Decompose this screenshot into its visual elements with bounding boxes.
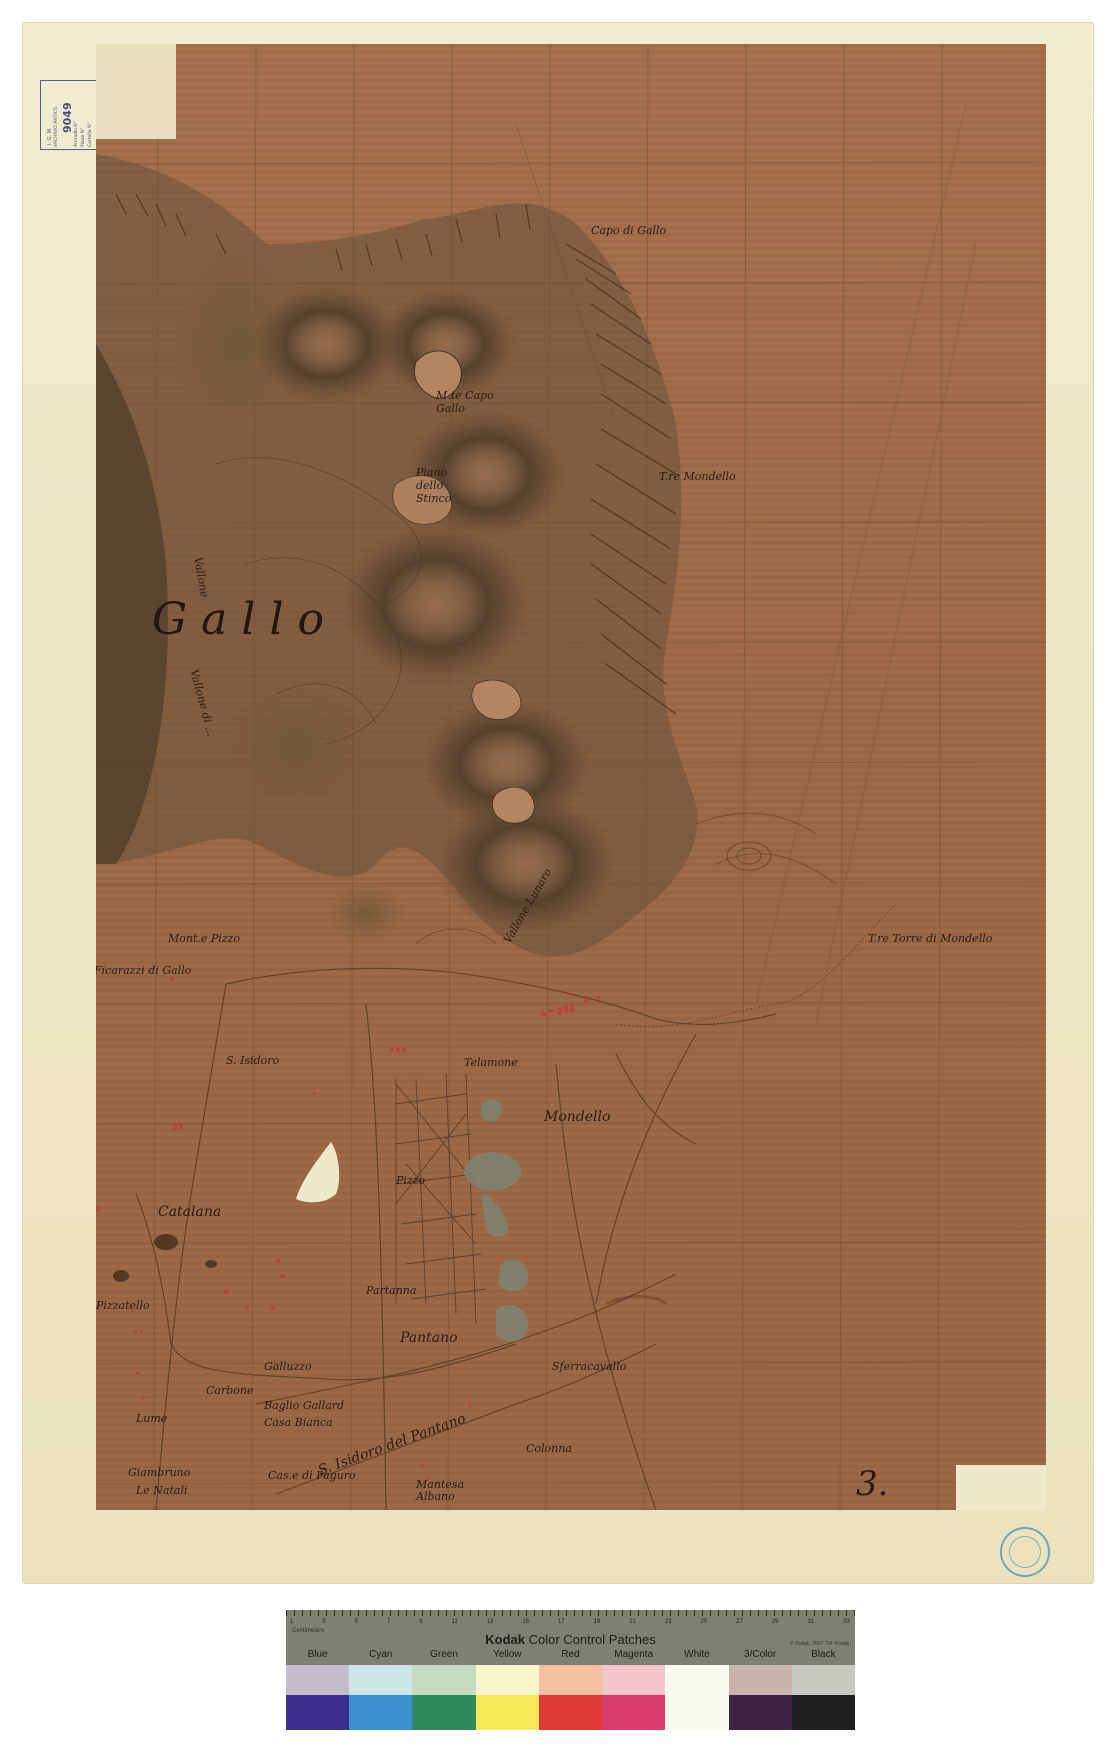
- color-patches: [286, 1665, 855, 1730]
- patch-label: White: [665, 1649, 728, 1660]
- patch-label: Red: [539, 1649, 602, 1660]
- patch-tint: [665, 1665, 728, 1695]
- patch-solid: [539, 1695, 602, 1730]
- patch-tint: [476, 1665, 539, 1695]
- ruler-tick: 15: [522, 1619, 529, 1625]
- patch-solid: [602, 1695, 665, 1730]
- ruler-tick: 31: [807, 1619, 814, 1625]
- patch-solid: [792, 1695, 855, 1730]
- label-pizzatello: Pizzatello: [96, 1299, 150, 1312]
- label-tore-mondello: T.re Mondello: [659, 470, 736, 483]
- patch-blue: [286, 1665, 349, 1730]
- patch-tint: [792, 1665, 855, 1695]
- patch-label: 3/Color: [729, 1649, 792, 1660]
- sheet-number: 3.: [856, 1464, 888, 1504]
- patch-label: Black: [792, 1649, 855, 1660]
- patch-green: [412, 1665, 475, 1730]
- label-casa-bianca: Casa Bianca: [264, 1416, 333, 1429]
- label-telamone: Telamone: [464, 1056, 518, 1069]
- paper-tear-top-left: [96, 44, 176, 139]
- ruler-tick: 25: [701, 1619, 708, 1625]
- archive-stamp: I. G. M. ARCHIVIO ANTICO 9049 Armadio N°…: [40, 80, 97, 150]
- patch-magenta: [602, 1665, 665, 1730]
- label-torre-mondello-east: T.re Torre di Mondello: [868, 932, 992, 945]
- label-giambruno: Giambruno: [128, 1466, 190, 1479]
- label-capo-gallo: Capo di Gallo: [591, 224, 666, 237]
- ruler-tick: 17: [558, 1619, 565, 1625]
- label-baglio-gallard: Baglio Gallard: [264, 1399, 344, 1412]
- label-pizzo: Pizzo: [396, 1174, 425, 1187]
- patch-label: Cyan: [349, 1649, 412, 1660]
- ruler-tick: 13: [487, 1619, 494, 1625]
- label-mondello: Mondello: [544, 1109, 610, 1125]
- patch-solid: [476, 1695, 539, 1730]
- label-partanna: Partanna: [366, 1284, 416, 1297]
- patch-solid: [729, 1695, 792, 1730]
- patch-tint: [539, 1665, 602, 1695]
- label-le-natali: Le Natali: [136, 1484, 188, 1497]
- archive-stamp-line2: ARCHIVIO ANTICO: [54, 107, 59, 147]
- label-lume: Lume: [136, 1412, 167, 1425]
- patch-label: Green: [412, 1649, 475, 1660]
- patch-label: Yellow: [476, 1649, 539, 1660]
- map-sheet: Capo di Gallo M.te Capo Gallo Piano dell…: [96, 44, 1046, 1510]
- patch-label: Blue: [286, 1649, 349, 1660]
- patch-red: [539, 1665, 602, 1730]
- label-s-isidoro: S. Isidoro: [226, 1054, 279, 1067]
- ruler-tick: 7: [387, 1619, 390, 1625]
- archive-seal-stamp: [1000, 1527, 1050, 1577]
- label-piano-stinco: Piano dello Stinco: [416, 466, 476, 505]
- patch-solid: [665, 1695, 728, 1730]
- ruler-tick: 5: [355, 1619, 358, 1625]
- label-ficarazzi: Ficarazzi di Gallo: [96, 964, 191, 977]
- ruler-tick: 21: [629, 1619, 636, 1625]
- label-sferracavallo: Sferracavallo: [552, 1360, 626, 1373]
- label-mantesa-albano: Mantesa Albano: [416, 1479, 471, 1503]
- terrain-drawing: [96, 44, 1046, 1510]
- label-monte-pizzo: Mont.e Pizzo: [168, 932, 240, 945]
- paper-tear-bottom-right: [956, 1465, 1046, 1510]
- label-catalana: Catalana: [158, 1204, 221, 1220]
- label-monte-capo-gallo: M.te Capo Gallo: [436, 389, 496, 415]
- ruler-tick: 19: [594, 1619, 601, 1625]
- ruler-tick: 9: [419, 1619, 422, 1625]
- ruler-tick: 27: [736, 1619, 743, 1625]
- kodak-copyright: © Kodak, 2007 TM: Kodak: [790, 1641, 849, 1647]
- ruler-tick: 3: [322, 1619, 325, 1625]
- kodak-subtitle: Color Control Patches: [529, 1632, 656, 1647]
- kodak-title: Kodak Color Control Patches: [286, 1632, 855, 1647]
- patch-cyan: [349, 1665, 412, 1730]
- patch-tint: [602, 1665, 665, 1695]
- patch-labels: Blue Cyan Green Yellow Red Magenta White…: [286, 1649, 855, 1660]
- ruler-tick: 1: [290, 1619, 293, 1625]
- patch-white: [665, 1665, 728, 1730]
- patch-tint: [349, 1665, 412, 1695]
- patch-solid: [349, 1695, 412, 1730]
- patch-black: [792, 1665, 855, 1730]
- label-pantano: Pantano: [400, 1330, 458, 1346]
- patch-tint: [729, 1665, 792, 1695]
- patch-tint: [412, 1665, 475, 1695]
- label-carbone: Carbone: [206, 1384, 254, 1397]
- patch-solid: [286, 1695, 349, 1730]
- archive-field: Armadio N°: [74, 121, 79, 147]
- patch-label: Magenta: [602, 1649, 665, 1660]
- patch-yellow: [476, 1665, 539, 1730]
- label-region-gallo: Gallo: [152, 594, 338, 645]
- archive-catalog-number: 9049: [61, 102, 74, 133]
- kodak-color-control-strip: 1 3 5 7 9 11 13 15 17 19 21 23 25 27 29 …: [286, 1610, 855, 1730]
- seal-emblem-icon: [1009, 1536, 1041, 1568]
- ruler-tick: 29: [772, 1619, 779, 1625]
- archive-stamp-line1: I. G. M.: [47, 127, 53, 145]
- patch-solid: [412, 1695, 475, 1730]
- ruler-tick: 11: [451, 1619, 457, 1625]
- archive-field: Piano N°: [81, 128, 86, 147]
- ruler-numbers: 1 3 5 7 9 11 13 15 17 19 21 23 25 27 29 …: [290, 1619, 850, 1625]
- label-colonna: Colonna: [526, 1442, 572, 1455]
- ruler-tick: 33: [843, 1619, 850, 1625]
- archive-field: Cartella N°: [88, 122, 93, 147]
- patch-tint: [286, 1665, 349, 1695]
- ruler-tick: 23: [665, 1619, 672, 1625]
- patch-3color: [729, 1665, 792, 1730]
- label-galluzzo: Galluzzo: [264, 1360, 312, 1373]
- kodak-brand: Kodak: [485, 1632, 525, 1647]
